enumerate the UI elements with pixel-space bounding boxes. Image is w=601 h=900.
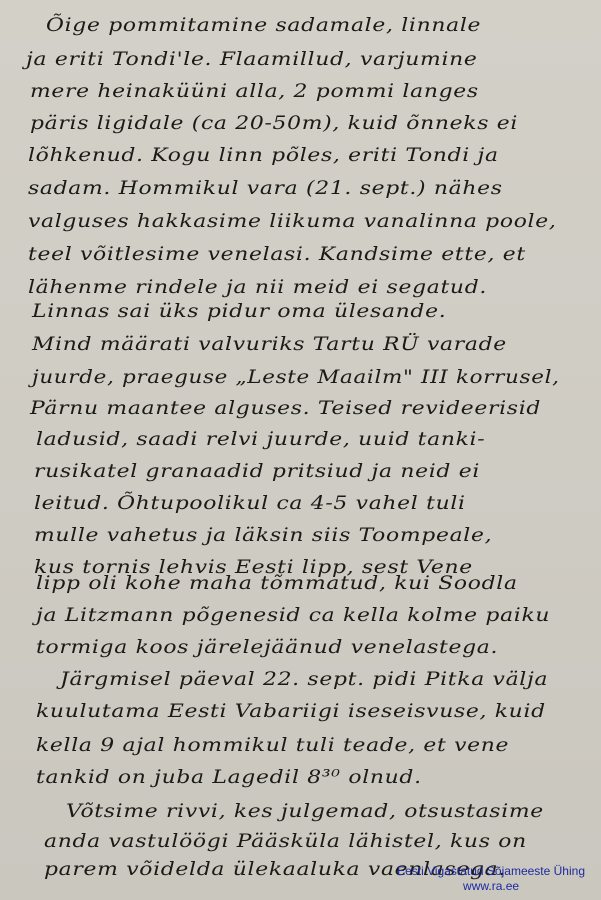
text-line: leitud. Õhtupoolikul ca 4-5 vahel tuli [34, 492, 466, 514]
text-line: tormiga koos järelejäänud venelastega. [36, 636, 498, 658]
text-line: sadam. Hommikul vara (21. sept.) nähes [28, 177, 503, 199]
text-line: valguses hakkasime liikuma vanalinna poo… [28, 210, 556, 232]
text-line: ladusid, saadi relvi juurde, uuid tanki- [36, 428, 485, 450]
watermark-url: www.ra.ee [397, 879, 585, 894]
text-line: ja Litzmann põgenesid ca kella kolme pai… [36, 604, 550, 626]
text-line: päris ligidale (ca 20-50m), kuid õnneks … [30, 112, 518, 134]
text-line: Pärnu maantee alguses. Teised revideeris… [30, 397, 541, 419]
watermark-organization: Eesti Vigastatud Sõjameeste Ühing [397, 864, 585, 879]
text-line: rusikatel granaadid pritsiud ja neid ei [34, 460, 480, 482]
text-line: mere heinaküüni alla, 2 pommi langes [30, 80, 479, 102]
text-line: anda vastulöögi Pääsküla lähistel, kus o… [44, 830, 527, 852]
text-line: kuulutama Eesti Vabariigi iseseisvuse, k… [36, 700, 546, 722]
text-line: lõhkenud. Kogu linn põles, eriti Tondi j… [28, 144, 499, 166]
text-line: Mind määrati valvuriks Tartu RÜ varade [32, 333, 507, 355]
text-line: Linnas sai üks pidur oma ülesande. [32, 300, 446, 322]
watermark: Eesti Vigastatud Sõjameeste Ühing www.ra… [397, 864, 585, 894]
text-line: lipp oli kohe maha tõmmatud, kui Soodla [36, 572, 518, 594]
text-line: juurde, praeguse „Leste Maailm" III korr… [32, 366, 560, 388]
text-line: teel võitlesime venelasi. Kandsime ette,… [28, 243, 526, 265]
text-line: kella 9 ajal hommikul tuli teade, et ven… [36, 734, 509, 756]
text-line: Võtsime rivvi, kes julgemad, otsustasime [66, 800, 544, 822]
text-line: lähenme rindele ja nii meid ei segatud. [28, 276, 487, 298]
text-line: tankid on juba Lagedil 8³⁰ olnud. [36, 766, 422, 788]
text-line: Õige pommitamine sadamale, linnale [46, 14, 481, 36]
text-line: Järgmisel päeval 22. sept. pidi Pitka vä… [60, 668, 548, 690]
scanned-document-page: Õige pommitamine sadamale, linnale ja er… [0, 0, 601, 900]
text-line: ja eriti Tondi'le. Flaamillud, varjumine [26, 48, 478, 70]
text-line: mulle vahetus ja läksin siis Toompeale, [34, 524, 492, 546]
